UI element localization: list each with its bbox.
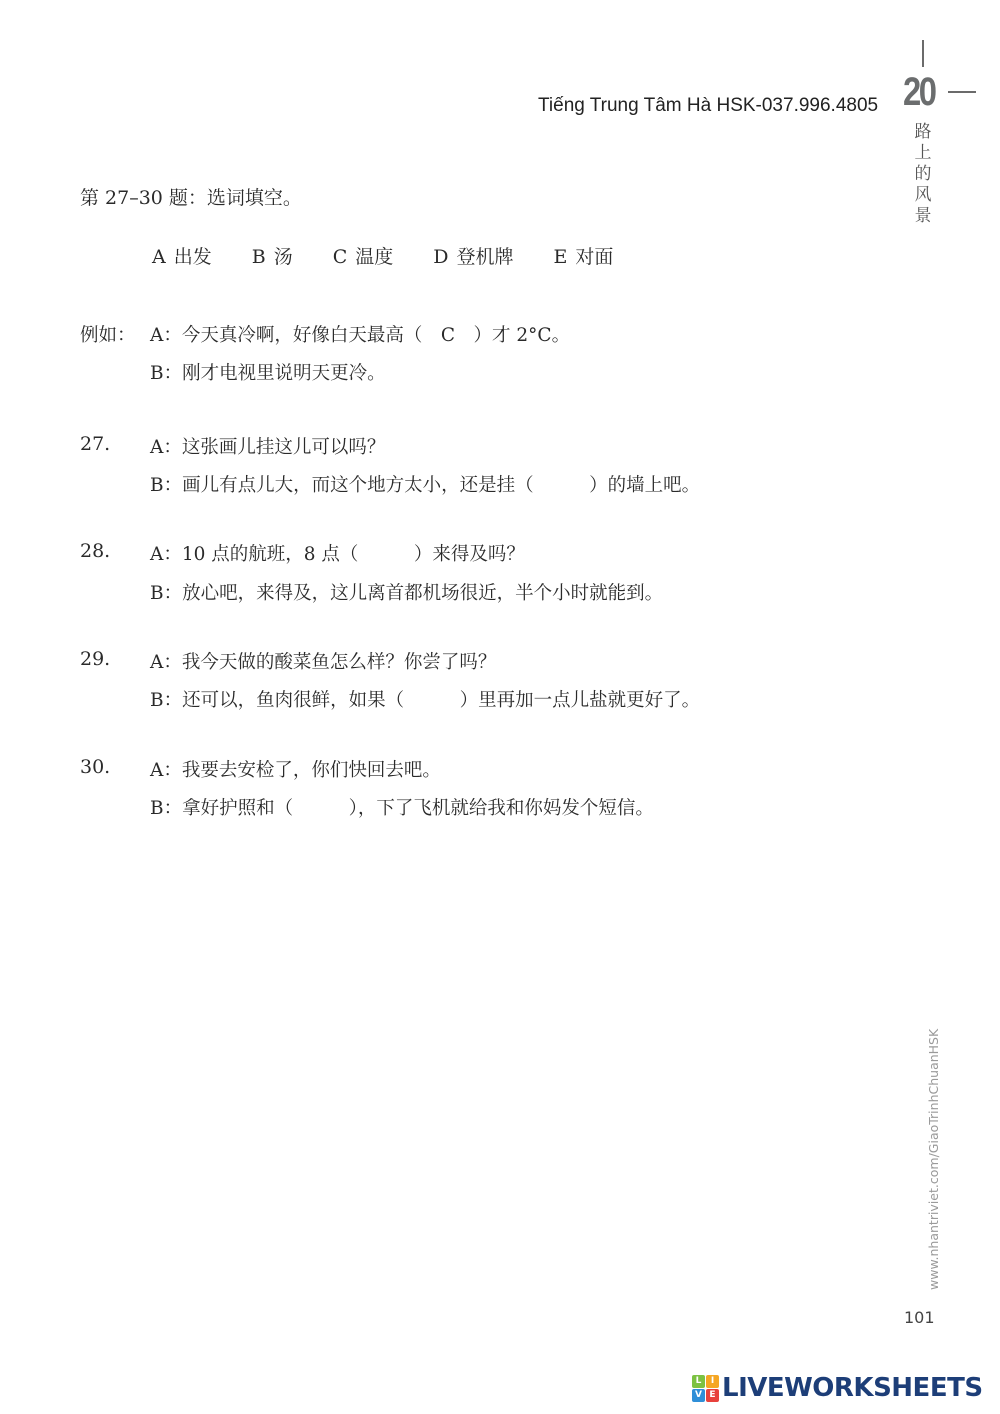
option-letter: C (333, 246, 348, 268)
question-29-line-b[interactable]: B：还可以，鱼肉很鲜，如果（ ）里再加一点儿盐就更好了。 (150, 686, 700, 712)
example-label: 例如： (80, 321, 136, 347)
chapter-number: 20 (903, 72, 935, 112)
option-word: 出发 (174, 246, 212, 268)
question-27-line-b[interactable]: B：画儿有点儿大，而这个地方太小，还是挂（ ）的墙上吧。 (150, 471, 700, 497)
option-word: 温度 (355, 246, 393, 268)
logo-tile: L (692, 1375, 705, 1388)
logo-tiles-icon: L I V E (692, 1375, 719, 1402)
option-letter: B (252, 246, 266, 268)
question-28-line-a[interactable]: A：10 点的航班，8 点（ ）来得及吗？ (150, 540, 525, 566)
chapter-horizontal-rule (948, 91, 976, 93)
question-number: 28. (80, 540, 110, 562)
watermark-header: Tiếng Trung Tâm Hà HSK-037.996.4805 (538, 95, 878, 117)
option-d: D登机牌 (433, 242, 513, 269)
side-url: www.nhantriviet.com/GiaoTrinhChuanHSK (926, 1029, 941, 1290)
chapter-title: 路 上 的 风 景 (912, 122, 934, 227)
question-30-line-a: A：我要去安检了，你们快回去吧。 (150, 756, 441, 782)
chapter-title-char: 景 (912, 206, 934, 227)
question-number: 29. (80, 648, 110, 670)
chapter-title-char: 的 (912, 164, 934, 185)
chapter-title-char: 上 (912, 143, 934, 164)
logo-tile: V (692, 1389, 705, 1402)
option-a: A出发 (152, 242, 212, 269)
question-28-line-b: B：放心吧，来得及，这儿离首都机场很近，半个小时就能到。 (150, 579, 663, 605)
logo-text: LIVEWORKSHEETS (722, 1374, 983, 1402)
question-29-line-a: A：我今天做的酸菜鱼怎么样？你尝了吗？ (150, 648, 496, 674)
liveworksheets-logo[interactable]: L I V E LIVEWORKSHEETS (692, 1374, 983, 1402)
exercise-instruction: 第 27–30 题：选词填空。 (80, 183, 302, 210)
page-number: 101 (904, 1308, 935, 1327)
option-letter: E (554, 246, 568, 268)
chapter-title-char: 风 (912, 185, 934, 206)
option-letter: A (152, 246, 166, 268)
option-word: 汤 (274, 246, 293, 268)
option-word: 对面 (575, 246, 613, 268)
example-line-a: A：今天真冷啊，好像白天最高（ C ）才 2°C。 (150, 321, 570, 347)
option-c: C温度 (333, 242, 394, 269)
question-27-line-a: A：这张画儿挂这儿可以吗？ (150, 433, 385, 459)
logo-tile: I (706, 1375, 719, 1388)
option-letter: D (433, 246, 448, 268)
chapter-vertical-rule (922, 40, 924, 67)
question-number: 27. (80, 433, 110, 455)
word-options: A出发 B汤 C温度 D登机牌 E对面 (152, 242, 653, 269)
option-word: 登机牌 (457, 246, 514, 268)
question-30-line-b[interactable]: B：拿好护照和（ ），下了飞机就给我和你妈发个短信。 (150, 794, 654, 820)
option-b: B汤 (252, 242, 293, 269)
example-line-b: B：刚才电视里说明天更冷。 (150, 359, 386, 385)
question-number: 30. (80, 756, 110, 778)
chapter-title-char: 路 (912, 122, 934, 143)
option-e: E对面 (554, 242, 614, 269)
logo-tile: E (706, 1389, 719, 1402)
